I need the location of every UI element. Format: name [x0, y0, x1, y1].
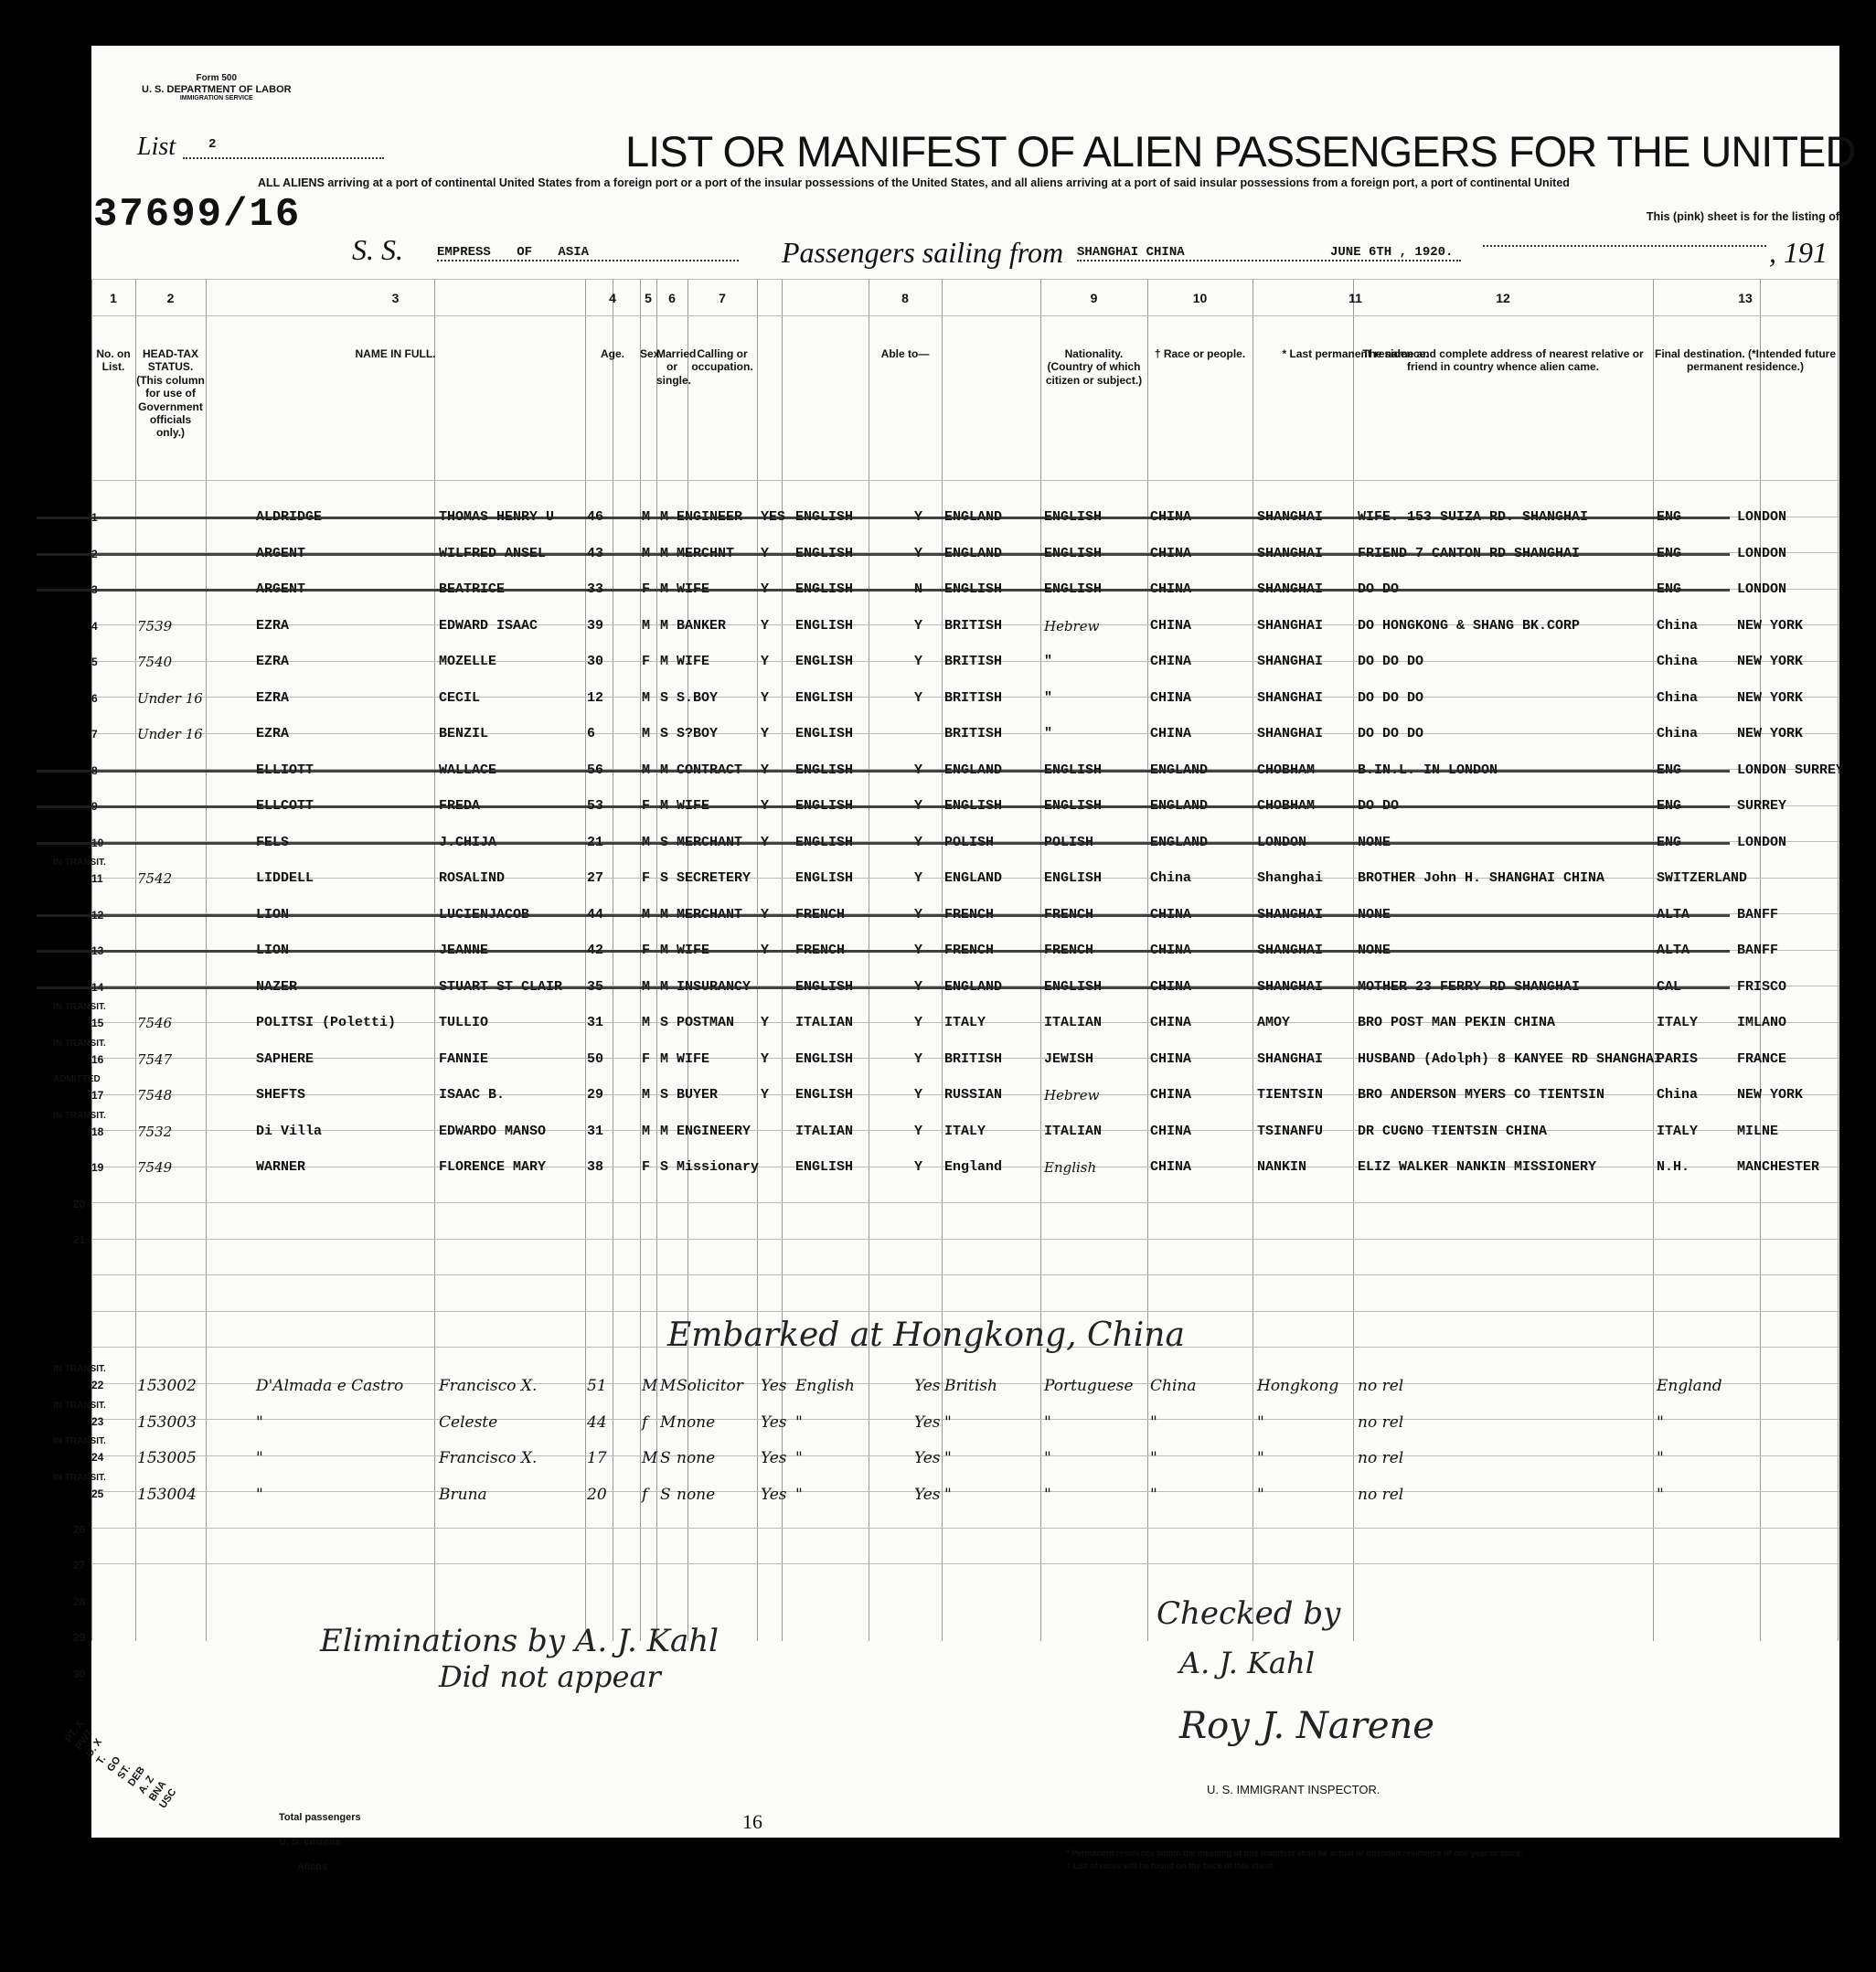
eliminations-note: Eliminations by A. J. Kahl [320, 1623, 719, 1659]
column-header: HEAD-TAX STATUS. (This column for use of… [135, 347, 206, 440]
cell-nat: RUSSIAN [944, 1087, 1002, 1103]
cell-relative: MOTHER 23 FERRY RD SHANGHAI [1358, 979, 1580, 995]
transit-status: IN TRANSIT. [53, 858, 106, 868]
form-number: Form 500 [142, 73, 292, 84]
cell-city: NANKIN [1257, 1159, 1306, 1175]
cell-dest: FRISCO [1737, 979, 1786, 995]
cell-write: N [914, 581, 922, 597]
cell-race: JEWISH [1044, 1051, 1093, 1067]
row-number: 15 [91, 1017, 103, 1029]
cell-read: Y [761, 943, 769, 958]
cell-read: Yes [761, 1449, 787, 1467]
cell-ms: S [660, 870, 668, 886]
row-number: 11 [91, 872, 103, 885]
row-divider [91, 279, 1839, 280]
cell-lang: FRENCH [795, 943, 845, 958]
cell-age: 42 [587, 943, 603, 958]
cell-nat: " [944, 1449, 952, 1467]
cell-country: CHINA [1150, 907, 1191, 922]
cell-country: CHINA [1150, 618, 1191, 634]
cell-age: 21 [587, 835, 603, 850]
cell-race: " [1044, 690, 1052, 706]
cell-nat: BRITISH [944, 1051, 1002, 1067]
row-number: 12 [91, 909, 103, 922]
cell-read: Y [761, 907, 769, 922]
embarked-note: Embarked at Hongkong, China [667, 1316, 1185, 1354]
transit-status: IN TRANSIT. [53, 1436, 106, 1446]
cell-sex: M [642, 979, 650, 995]
cell-race: Hebrew [1044, 618, 1099, 634]
cell-nat: POLISH [944, 835, 994, 850]
cell-dest: LONDON [1737, 581, 1786, 597]
cell-occ: Missionary [677, 1159, 759, 1175]
table-row: 15IN TRANSIT.7546POLITSI (Poletti)TULLIO… [0, 1004, 1748, 1039]
cell-city: CHOBHAM [1257, 762, 1315, 778]
cell-relative: DO DO DO [1358, 690, 1423, 706]
table-row: 9ELLCOTTFREDA53FMWIFEYENGLISHYENGLISHENG… [0, 787, 1748, 823]
cell-lang: ITALIAN [795, 1015, 853, 1030]
cell-state: China [1657, 1087, 1698, 1103]
cell-state: ENG [1657, 762, 1681, 778]
table-row: 13LIONJEANNE42FMWIFEYFRENCHYFRENCHFRENCH… [0, 932, 1748, 967]
cell-relative: NONE [1358, 835, 1391, 850]
table-row: 2ARGENTWILFRED ANSEL43MMMERCHNTYENGLISHY… [0, 535, 1748, 570]
cell-city: " [1257, 1413, 1264, 1432]
cell-city: CHOBHAM [1257, 798, 1315, 814]
cell-race: ENGLISH [1044, 581, 1102, 597]
cell-given: Bruna [439, 1486, 487, 1504]
total-passengers-value: 16 [742, 1810, 762, 1834]
cell-sex: M [642, 762, 650, 778]
cell-family: EZRA [256, 654, 289, 669]
total-passengers-label: Total passengers [279, 1806, 361, 1830]
cell-read: Y [761, 1087, 769, 1103]
column-number: 6 [656, 291, 688, 306]
cell-city: " [1257, 1449, 1264, 1467]
column-number: 9 [1040, 291, 1147, 306]
cell-ms: M [660, 618, 668, 634]
table-row: 3ARGENTBEATRICE33FMWIFEYENGLISHNENGLISHE… [0, 570, 1748, 606]
cell-ms: M [660, 581, 668, 597]
cell-state: CAL [1657, 979, 1681, 995]
cell-family: NAZER [256, 979, 297, 995]
table-row: 18IN TRANSIT.7532Di VillaEDWARDO MANSO31… [0, 1113, 1748, 1148]
cell-nat: ENGLAND [944, 870, 1002, 886]
cell-family: LION [256, 907, 289, 922]
table-row: 11IN TRANSIT.7542LIDDELLROSALIND27FSSECR… [0, 859, 1748, 895]
cell-sex: F [642, 581, 650, 597]
cell-given: LUCIENJACOB [439, 907, 529, 922]
cell-given: STUART ST CLAIR [439, 979, 562, 995]
punch-hole [1839, 1604, 1876, 1646]
cell-ms: M [660, 1413, 676, 1432]
aliens-label: Aliens [279, 1855, 361, 1880]
cell-family: " [256, 1449, 263, 1467]
cell-nat: British [944, 1377, 997, 1395]
cell-state: " [1657, 1413, 1664, 1432]
cell-age: 53 [587, 798, 603, 814]
cell-read: Y [761, 1015, 769, 1030]
form-identifier: Form 500 U. S. DEPARTMENT OF LABOR IMMIG… [142, 73, 292, 102]
cell-family: LION [256, 943, 289, 958]
column-number: 1 [91, 291, 135, 306]
cell-ms: M [660, 943, 668, 958]
cell-race: Portuguese [1044, 1377, 1134, 1395]
cell-lang: ENGLISH [795, 546, 853, 561]
row-number: 5 [91, 656, 98, 668]
column-header: † Race or people. [1147, 347, 1252, 360]
inspector-signature: Roy J. Narene [1179, 1705, 1434, 1747]
cell-dest: LONDON [1737, 509, 1786, 525]
cell-sex: M [642, 835, 650, 850]
cell-tax: 7532 [137, 1124, 172, 1140]
cell-sex: M [642, 1087, 650, 1103]
cell-sex: M [642, 1124, 650, 1139]
cell-race: FRENCH [1044, 943, 1093, 958]
cell-sex: f [642, 1486, 647, 1504]
cell-city: SHANGHAI [1257, 907, 1323, 922]
cell-sex: f [642, 1413, 647, 1432]
cell-state: ENG [1657, 835, 1681, 850]
cell-occ: S?BOY [677, 726, 718, 741]
transit-status: IN TRANSIT. [53, 1401, 106, 1411]
cell-read: YES [761, 509, 785, 525]
cell-lang: ENGLISH [795, 979, 853, 995]
table-row: 14NAZERSTUART ST CLAIR35MMINSURANCYENGLI… [0, 968, 1748, 1004]
cell-ms: S [660, 835, 668, 850]
cell-occ: WIFE [677, 798, 709, 814]
cell-family: POLITSI (Poletti) [256, 1015, 396, 1030]
column-divider [1838, 279, 1839, 1641]
cell-family: EZRA [256, 690, 289, 706]
sailing-label: Passengers sailing from [782, 236, 1063, 270]
cell-dest: MANCHESTER [1737, 1159, 1819, 1175]
cell-family: " [256, 1486, 263, 1504]
column-number: 12 [1353, 291, 1653, 306]
cell-occ: BUYER [677, 1087, 718, 1103]
cell-given: J.CHIJA [439, 835, 496, 850]
cell-write: Y [914, 798, 922, 814]
cell-ms: M [660, 907, 668, 922]
cell-nat: ENGLAND [944, 509, 1002, 525]
cell-lang: FRENCH [795, 907, 845, 922]
cell-write: Yes [914, 1377, 941, 1395]
cell-occ: WIFE [677, 943, 709, 958]
cell-write: Y [914, 1051, 922, 1067]
cell-dest: SURREY [1737, 798, 1786, 814]
cell-occ: WIFE [677, 1051, 709, 1067]
punch-hole [1839, 384, 1876, 425]
row-number: 4 [91, 620, 98, 633]
table-row: 57540EZRAMOZELLE30FMWIFEYENGLISHYBRITISH… [0, 643, 1748, 678]
cell-sex: M [642, 1015, 650, 1030]
cell-lang: " [795, 1413, 803, 1432]
cell-given: WALLACE [439, 762, 496, 778]
cell-sex: M [642, 690, 650, 706]
cell-city: SHANGHAI [1257, 979, 1323, 995]
cell-state: ITALY [1657, 1124, 1698, 1139]
cell-nat: " [944, 1486, 952, 1504]
cell-read: Y [761, 654, 769, 669]
empty-row-number: 20 [73, 1198, 85, 1210]
cell-country: CHINA [1150, 1159, 1191, 1175]
punch-hole [1839, 997, 1876, 1038]
empty-row-number: 27 [73, 1559, 85, 1572]
cell-sex: M [642, 726, 650, 741]
cell-nat: BRITISH [944, 726, 1002, 741]
cell-age: 12 [587, 690, 603, 706]
cell-read: Yes [761, 1413, 787, 1432]
cell-write: Y [914, 1124, 922, 1139]
cell-race: " [1044, 1413, 1051, 1432]
cell-tax: 153005 [137, 1449, 197, 1467]
empty-row-number: 21 [73, 1233, 85, 1246]
cell-relative: DO DO DO [1358, 726, 1423, 741]
cell-given: CECIL [439, 690, 480, 706]
cell-read: Y [761, 835, 769, 850]
cell-given: THOMAS HENRY U [439, 509, 554, 525]
cell-sex: M [642, 546, 650, 561]
cell-relative: B.IN.L. IN LONDON [1358, 762, 1498, 778]
cell-occ: MERCHANT [677, 907, 742, 922]
cell-race: FRENCH [1044, 907, 1093, 922]
cell-read: Y [761, 798, 769, 814]
table-row: 12LIONLUCIENJACOB44MMMERCHANTYFRENCHYFRE… [0, 896, 1748, 932]
cell-relative: WIFE. 153 SUIZA RD. SHANGHAI [1358, 509, 1588, 525]
cell-state: PARIS [1657, 1051, 1698, 1067]
cell-family: ALDRIDGE [256, 509, 322, 525]
cell-city: Shanghai [1257, 870, 1323, 886]
row-number: 9 [91, 800, 98, 813]
cell-given: WILFRED ANSEL [439, 546, 546, 561]
column-number: 5 [640, 291, 656, 306]
cell-tax: 7547 [137, 1051, 172, 1068]
column-header: Age. [585, 347, 640, 360]
table-row: 197549WARNERFLORENCE MARY38FSMissionaryE… [0, 1148, 1748, 1184]
table-row: 8ELLIOTTWALLACE56MMCONTRACTYENGLISHYENGL… [0, 751, 1748, 787]
cell-city: SHANGHAI [1257, 654, 1323, 669]
cell-country: CHINA [1150, 581, 1191, 597]
cell-race: ENGLISH [1044, 798, 1102, 814]
cell-race: ITALIAN [1044, 1015, 1102, 1030]
cell-dest: BANFF [1737, 907, 1778, 922]
cell-age: 17 [587, 1449, 607, 1467]
cell-sex: M [642, 1449, 657, 1467]
cell-tax: 7548 [137, 1087, 172, 1103]
column-header: Able to— [757, 347, 1053, 360]
cell-given: Celeste [439, 1413, 497, 1432]
empty-row-number: 28 [73, 1595, 85, 1608]
cell-family: ARGENT [256, 546, 305, 561]
cell-race: ENGLISH [1044, 546, 1102, 561]
list-label: List [137, 133, 176, 162]
table-row: 1ALDRIDGETHOMAS HENRY U46MMENGINEERYESEN… [0, 498, 1748, 534]
cell-age: 38 [587, 1159, 603, 1175]
cell-read: Y [761, 726, 769, 741]
cell-relative: NONE [1358, 943, 1391, 958]
cell-read: Yes [761, 1486, 787, 1504]
cell-country: ENGLAND [1150, 798, 1208, 814]
cell-dest: BANFF [1737, 943, 1778, 958]
footnote-races: † List of races will be found on the bac… [1066, 1860, 1523, 1872]
cell-occ: MERCHANT [677, 835, 742, 850]
row-number: 16 [91, 1053, 103, 1066]
cell-city: SHANGHAI [1257, 581, 1323, 597]
cell-age: 33 [587, 581, 603, 597]
cell-lang: ENGLISH [795, 798, 853, 814]
cell-given: JEANNE [439, 943, 488, 958]
row-number: 22 [91, 1379, 103, 1391]
cell-sex: M [642, 509, 650, 525]
cell-nat: England [944, 1159, 1002, 1175]
cell-read: Y [761, 1051, 769, 1067]
row-number: 3 [91, 583, 98, 596]
cell-tax: 7546 [137, 1015, 172, 1031]
cell-sex: F [642, 798, 650, 814]
service: IMMIGRATION SERVICE [142, 95, 292, 102]
cell-dest: FRANCE [1737, 1051, 1786, 1067]
cell-family: D'Almada e Castro [256, 1377, 403, 1395]
row-number: 18 [91, 1125, 103, 1138]
cell-lang: ENGLISH [795, 654, 853, 669]
us-citizens-label: U. S. citizens [279, 1830, 361, 1855]
table-row: 10FELSJ.CHIJA21MSMERCHANTYENGLISHYPOLISH… [0, 824, 1748, 859]
cell-tax: 153004 [137, 1486, 197, 1504]
ss-label: S. S. [352, 233, 403, 267]
cell-city: " [1257, 1486, 1264, 1504]
cell-ms: M [660, 654, 668, 669]
cell-relative: DO HONGKONG & SHANG BK.CORP [1358, 618, 1580, 634]
cell-nat: ENGLISH [944, 581, 1002, 597]
cell-age: 44 [587, 1413, 607, 1432]
cell-given: ROSALIND [439, 870, 505, 886]
cell-race: ENGLISH [1044, 509, 1102, 525]
cell-family: EZRA [256, 726, 289, 741]
cell-ms: M [660, 546, 668, 561]
cell-read: Y [761, 762, 769, 778]
cell-lang: ENGLISH [795, 581, 853, 597]
cell-lang: " [795, 1486, 803, 1504]
cell-state: ALTA [1657, 907, 1689, 922]
cell-occ: ENGINEERY [677, 1124, 751, 1139]
cell-country: ENGLAND [1150, 762, 1208, 778]
cell-sex: F [642, 943, 650, 958]
cell-race: " [1044, 1449, 1051, 1467]
cell-family: LIDDELL [256, 870, 314, 886]
cell-ms: S [660, 1159, 668, 1175]
cell-nat: FRENCH [944, 907, 994, 922]
cell-read: Y [761, 618, 769, 634]
cell-tax: 7542 [137, 870, 172, 887]
cell-ms: M [660, 979, 668, 995]
cell-write: Y [914, 1015, 922, 1030]
cell-state: " [1657, 1449, 1664, 1467]
cell-ms: M [660, 509, 668, 525]
cell-sex: M [642, 1377, 657, 1395]
cell-occ: MERCHNT [677, 546, 734, 561]
cell-occ: BANKER [677, 618, 726, 634]
cell-country: CHINA [1150, 726, 1191, 741]
checker-signature: A. J. Kahl [1179, 1646, 1315, 1680]
cell-occ: none [677, 1413, 715, 1432]
cell-state: ENG [1657, 798, 1681, 814]
cell-relative: BRO ANDERSON MYERS CO TIENTSIN [1358, 1087, 1604, 1103]
cell-dest: LONDON [1737, 546, 1786, 561]
cell-write: Y [914, 654, 922, 669]
cell-write: Yes [914, 1449, 941, 1467]
cell-dest: NEW YORK [1737, 726, 1803, 741]
cell-relative: BRO POST MAN PEKIN CHINA [1358, 1015, 1555, 1030]
row-number: 7 [91, 728, 98, 741]
row-number: 17 [91, 1089, 103, 1102]
cell-city: SHANGHAI [1257, 1051, 1323, 1067]
cell-age: 29 [587, 1087, 603, 1103]
cell-ms: S [660, 1486, 671, 1504]
cell-nat: ENGLAND [944, 762, 1002, 778]
cell-city: LONDON [1257, 835, 1306, 850]
cell-country: CHINA [1150, 509, 1191, 525]
cell-age: 56 [587, 762, 603, 778]
intro-text: ALL ALIENS arriving at a port of contine… [258, 176, 1835, 189]
cell-nat: BRITISH [944, 618, 1002, 634]
row-divider [91, 1202, 1839, 1203]
cell-ms: M [660, 1377, 676, 1395]
cell-given: EDWARDO MANSO [439, 1124, 546, 1139]
cell-write: Y [914, 1087, 922, 1103]
cell-age: 39 [587, 618, 603, 634]
cell-city: SHANGHAI [1257, 618, 1323, 634]
row-number: 13 [91, 944, 103, 957]
file-number: 37699/16 [93, 192, 301, 238]
cell-lang: ENGLISH [795, 1087, 853, 1103]
transit-status: IN TRANSIT. [53, 1002, 106, 1012]
cell-occ: none [677, 1449, 715, 1467]
year-line [1483, 245, 1766, 247]
cell-lang: ENGLISH [795, 1051, 853, 1067]
year-prefix: , 191 [1769, 236, 1828, 270]
table-row: 7Under 16EZRABENZIL6MSS?BOYYENGLISHBRITI… [0, 715, 1748, 751]
cell-write: Y [914, 509, 922, 525]
column-header: Sex. [640, 347, 656, 360]
column-number: 10 [1147, 291, 1252, 306]
cell-occ: none [677, 1486, 715, 1504]
cell-tax: Under 16 [137, 690, 203, 707]
empty-row-number: 26 [73, 1523, 85, 1536]
cell-family: FELS [256, 835, 289, 850]
row-number: 8 [91, 764, 98, 777]
cell-dest: MILNE [1737, 1124, 1778, 1139]
column-header: No. on List. [91, 347, 135, 374]
cell-age: 50 [587, 1051, 603, 1067]
row-number: 23 [91, 1415, 103, 1428]
cell-write: Yes [914, 1413, 941, 1432]
cell-family: SHEFTS [256, 1087, 305, 1103]
cell-country: " [1150, 1486, 1157, 1504]
cell-dest: NEW YORK [1737, 654, 1803, 669]
table-row: 16IN TRANSIT.7547SAPHEREFANNIE50FMWIFEYE… [0, 1040, 1748, 1076]
cell-relative: HUSBAND (Adolph) 8 KANYEE RD SHANGHAI [1358, 1051, 1662, 1067]
cell-age: 6 [587, 726, 595, 741]
table-row: 22IN TRANSIT.153002D'Almada e CastroFran… [0, 1366, 1748, 1402]
cell-tax: 7549 [137, 1159, 172, 1176]
cell-family: " [256, 1413, 263, 1432]
cell-family: EZRA [256, 618, 289, 634]
cell-sex: F [642, 654, 650, 669]
column-header: Nationality. (Country of which citizen o… [1040, 347, 1147, 387]
cell-family: ARGENT [256, 581, 305, 597]
cell-tax: 7539 [137, 618, 172, 634]
cell-race: POLISH [1044, 835, 1093, 850]
